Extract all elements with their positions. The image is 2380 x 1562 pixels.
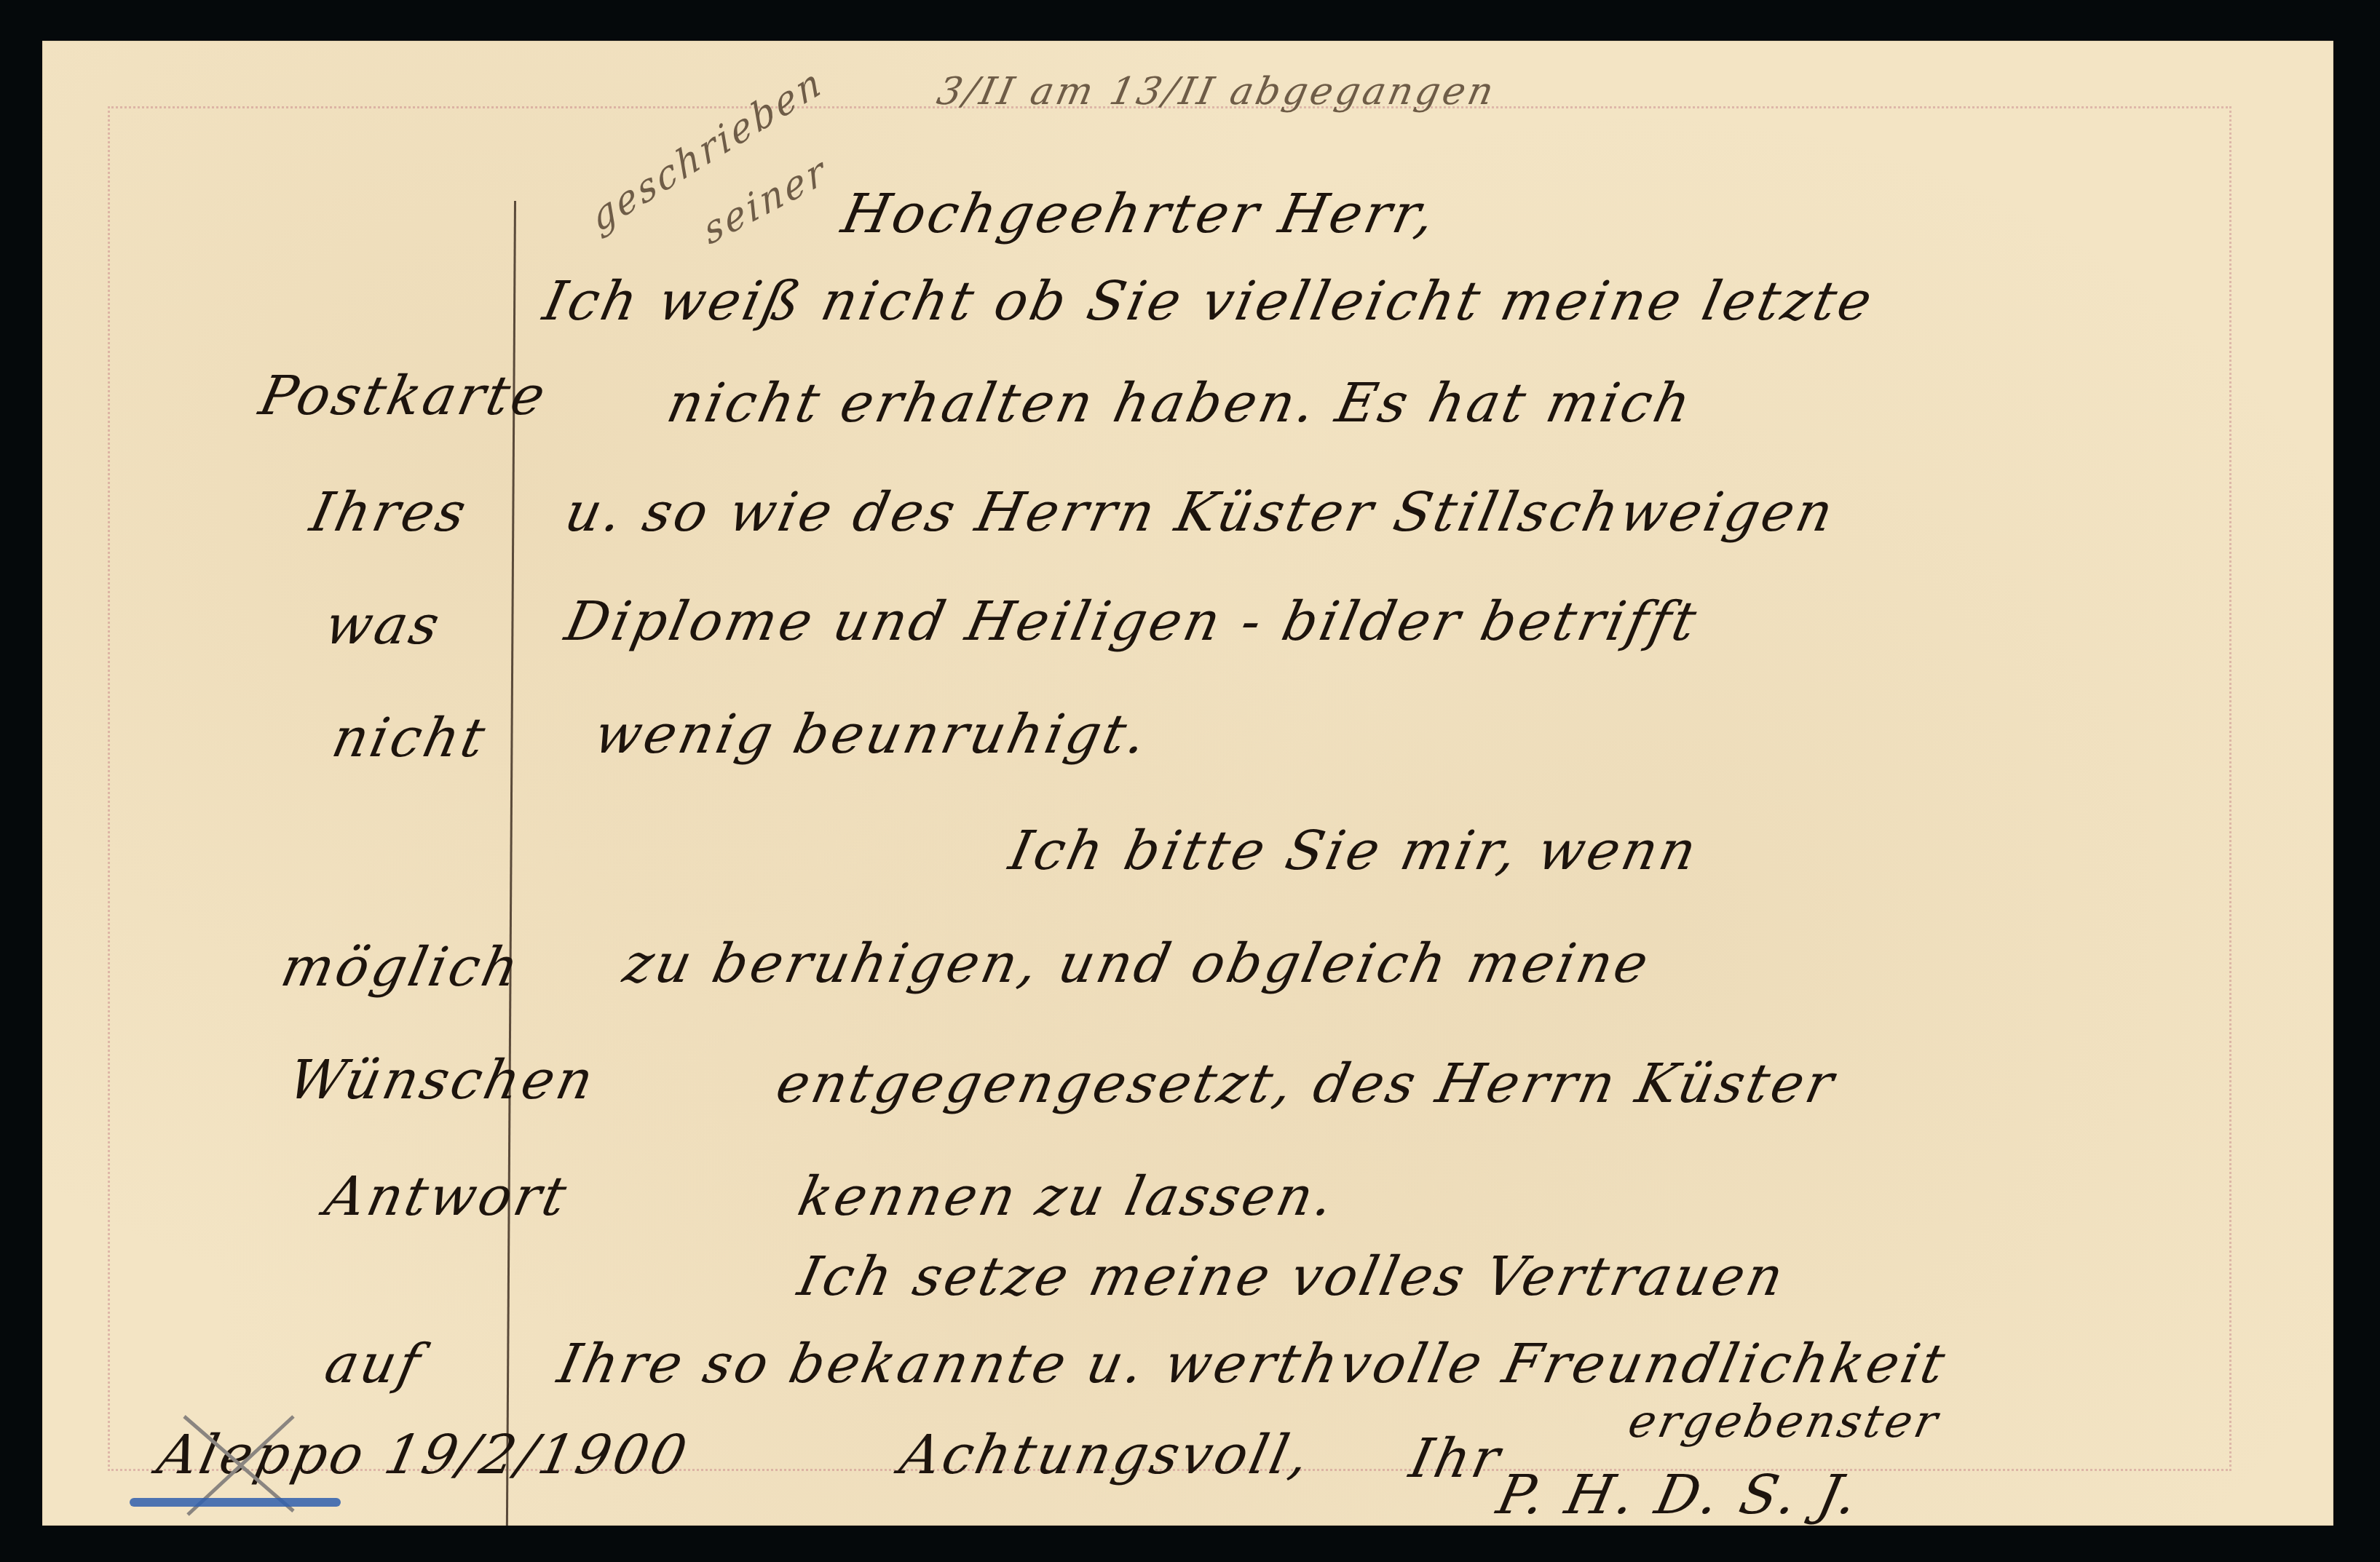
body-line-2: nicht erhalten haben. Es hat mich (662, 372, 1699, 435)
body-line-11: Ihre so bekannte u. werthvolle Freundlic… (553, 1333, 1953, 1395)
body-line-9: kennen zu lassen. (793, 1165, 1342, 1228)
margin-word-8: auf (320, 1333, 428, 1395)
body-line-1: Ich weiß nicht ob Sie vielleicht meine l… (538, 270, 1880, 333)
margin-word-3: was (320, 594, 448, 657)
body-line-5: wenig beunruhigt. (589, 703, 1155, 766)
margin-word-7: Antwort (320, 1165, 574, 1228)
margin-word-1: Postkarte (254, 365, 553, 427)
salutation: Hochgeehrter Herr, (837, 183, 1443, 245)
body-line-8: entgegengesetzt, des Herrn Küster (771, 1052, 1842, 1115)
postcard: geschrieben 3/II am 13/II abgegangen sei… (42, 41, 2333, 1526)
body-line-6: Ich bitte Sie mir, wenn (1004, 820, 1704, 882)
body-line-4: Diplome und Heiligen - bilder betrifft (560, 590, 1704, 653)
blue-crayon-underline (130, 1498, 341, 1507)
annotation-dates: 3/II am 13/II abgegangen (933, 70, 1501, 114)
closing-ihr: Ihr (1404, 1427, 1509, 1490)
margin-word-6: Wünschen (283, 1049, 601, 1111)
margin-word-5: möglich (276, 936, 527, 999)
closing-ergebenster: ergebenster (1624, 1395, 1945, 1448)
body-line-7: zu beruhigen, und obgleich meine (618, 932, 1656, 995)
margin-word-2: Ihres (305, 481, 474, 544)
body-line-12: Achtungsvoll, (895, 1424, 1317, 1486)
body-line-10: Ich setze meine volles Vertrauen (793, 1245, 1792, 1308)
body-line-3: u. so wie des Herrn Küster Stillschweige… (560, 481, 1841, 544)
signature: P. H. D. S. J. (1492, 1464, 1866, 1526)
margin-word-4: nicht (327, 707, 493, 769)
